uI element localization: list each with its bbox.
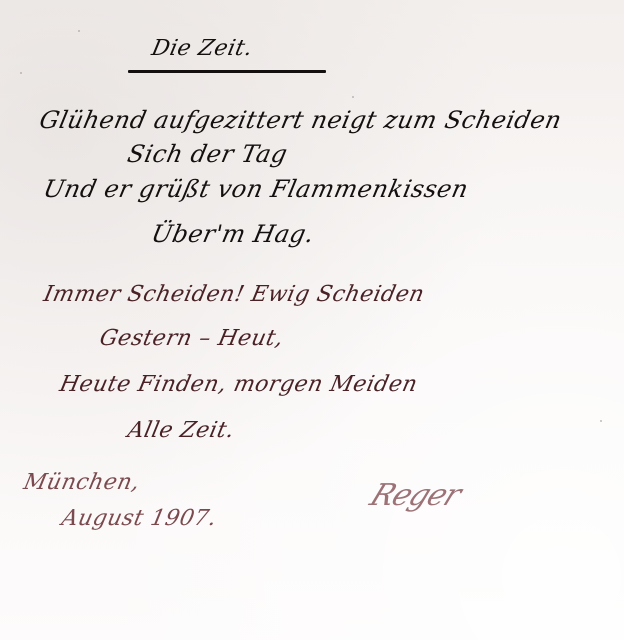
stanza1-line3: Und er grüßt von Flammenkissen bbox=[41, 175, 471, 203]
stanza2-line4: Alle Zeit. bbox=[125, 418, 236, 443]
stanza1-line4: Über'm Hag. bbox=[149, 220, 317, 248]
paper-speck bbox=[20, 72, 22, 74]
paper-speck bbox=[78, 30, 80, 32]
signature: Reger bbox=[365, 478, 466, 513]
stanza2-line2: Gestern – Heut, bbox=[97, 326, 285, 351]
paper-background bbox=[0, 0, 624, 640]
paper-speck bbox=[352, 96, 354, 98]
title-underline bbox=[128, 70, 326, 73]
stanza2-line3: Heute Finden, morgen Meiden bbox=[57, 372, 420, 397]
paper-speck bbox=[600, 420, 602, 422]
place-name: München, bbox=[21, 470, 142, 495]
poem-title: Die Zeit. bbox=[149, 36, 255, 61]
date: August 1907. bbox=[59, 506, 219, 531]
stanza1-line2: Sich der Tag bbox=[125, 140, 290, 168]
stanza1-line1: Glühend aufgezittert neigt zum Scheiden bbox=[37, 106, 564, 134]
stanza2-line1: Immer Scheiden! Ewig Scheiden bbox=[41, 282, 426, 307]
